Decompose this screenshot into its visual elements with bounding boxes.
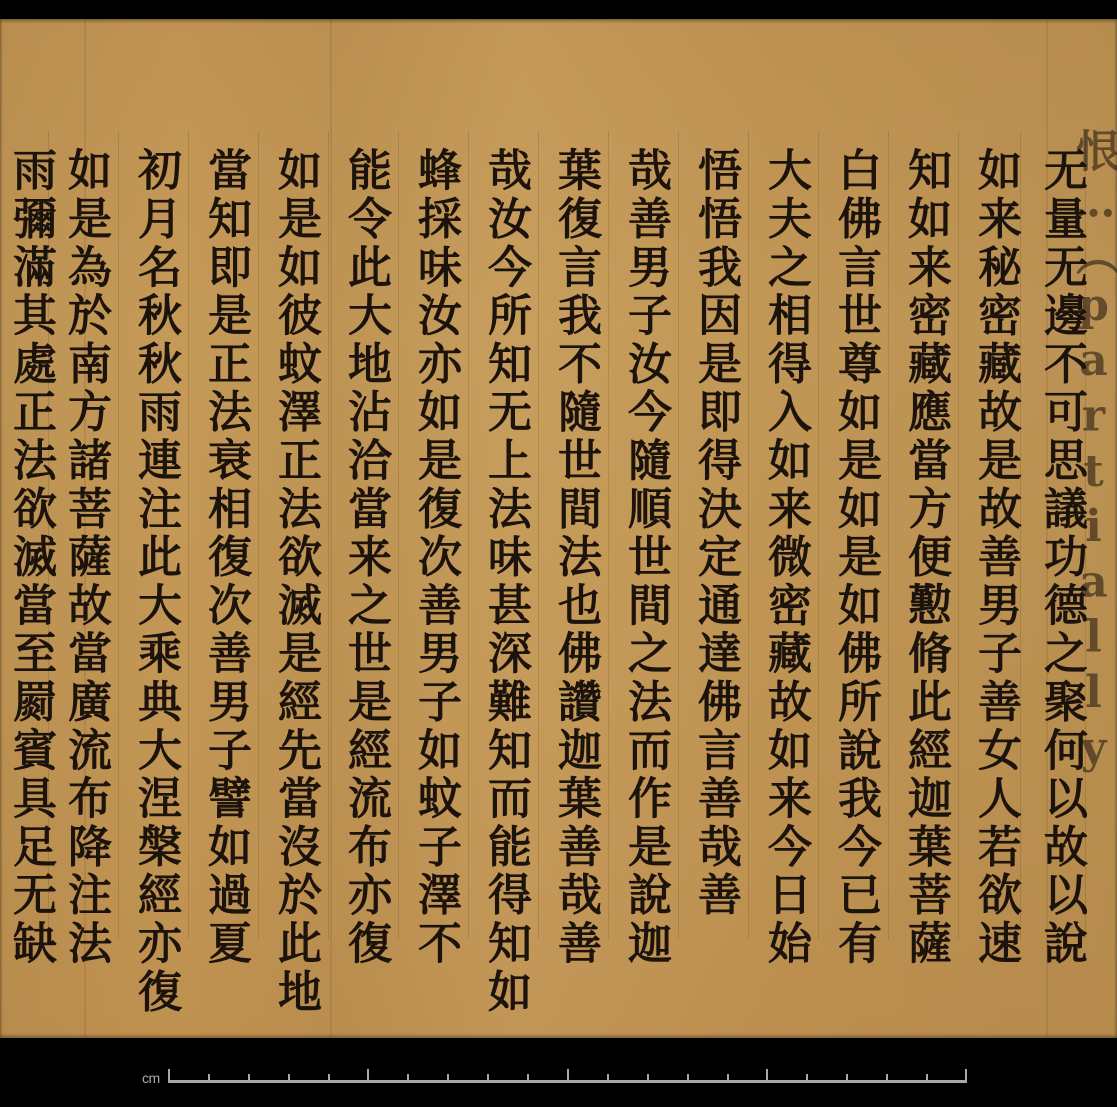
text-column: 白佛言世尊如是如是如佛所說我今已有 [815, 147, 879, 968]
scale-tick [168, 1069, 170, 1083]
scale-tick [727, 1074, 729, 1083]
text-column: 初月名秋秋雨連注此大乘典大涅槃經亦復 [115, 147, 179, 1016]
text-column: 蜂採味汝亦如是復次善男子如蚊子澤不 [395, 147, 459, 968]
scale-tick [447, 1074, 449, 1083]
manuscript-paper: 恨…（partially cut, illegible） 无量无邊不可思議功德之… [0, 19, 1117, 1038]
text-column: 知如来密藏應當方便懃脩此經迦葉菩薩 [885, 147, 949, 968]
scale-tick [367, 1069, 369, 1083]
scale-tick [766, 1069, 768, 1083]
scale-tick [965, 1069, 967, 1083]
scale-tick [248, 1074, 250, 1083]
text-column: 无量无邊不可思議功德之聚何以故以說 [1021, 147, 1085, 968]
text-column: 當知即是正法衰相復次善男子譬如過夏 [185, 147, 249, 968]
scale-tick [607, 1074, 609, 1083]
scale-tick [208, 1074, 210, 1083]
text-column: 如来秘密藏故是故善男子善女人若欲速 [955, 147, 1019, 968]
text-column: 悟悟我因是即得決定通達佛言善哉善 [675, 147, 739, 920]
text-column: 如是如彼蚊澤正法欲滅是經先當沒於此地 [255, 147, 319, 1016]
text-column: 能令此大地沾洽當来之世是經流布亦復 [325, 147, 389, 968]
text-column: 雨彌滿其處正法欲滅當至罽賓具足无缺 [0, 147, 54, 968]
scale-tick [806, 1074, 808, 1083]
text-column: 葉復言我不隨世間法也佛讚迦葉善哉善 [535, 147, 599, 968]
scale-bar-area: cm [0, 1040, 1117, 1107]
scale-tick [527, 1074, 529, 1083]
scale-tick [647, 1074, 649, 1083]
scale-unit-label: cm [142, 1070, 160, 1086]
scale-tick [487, 1074, 489, 1083]
scale-tick [886, 1074, 888, 1083]
scale-tick [926, 1074, 928, 1083]
text-column: 哉善男子汝今隨順世間之法而作是說迦 [605, 147, 669, 968]
scale-tick [567, 1069, 569, 1083]
text-column: 大夫之相得入如来微密藏故如来今日始 [745, 147, 809, 968]
scale-tick [288, 1074, 290, 1083]
scale-tick [407, 1074, 409, 1083]
text-column: 哉汝今所知无上法味甚深難知而能得知如 [465, 147, 529, 1016]
scale-tick [846, 1074, 848, 1083]
scale-tick [328, 1074, 330, 1083]
scale-ruler [168, 1080, 967, 1083]
scale-tick [687, 1074, 689, 1083]
